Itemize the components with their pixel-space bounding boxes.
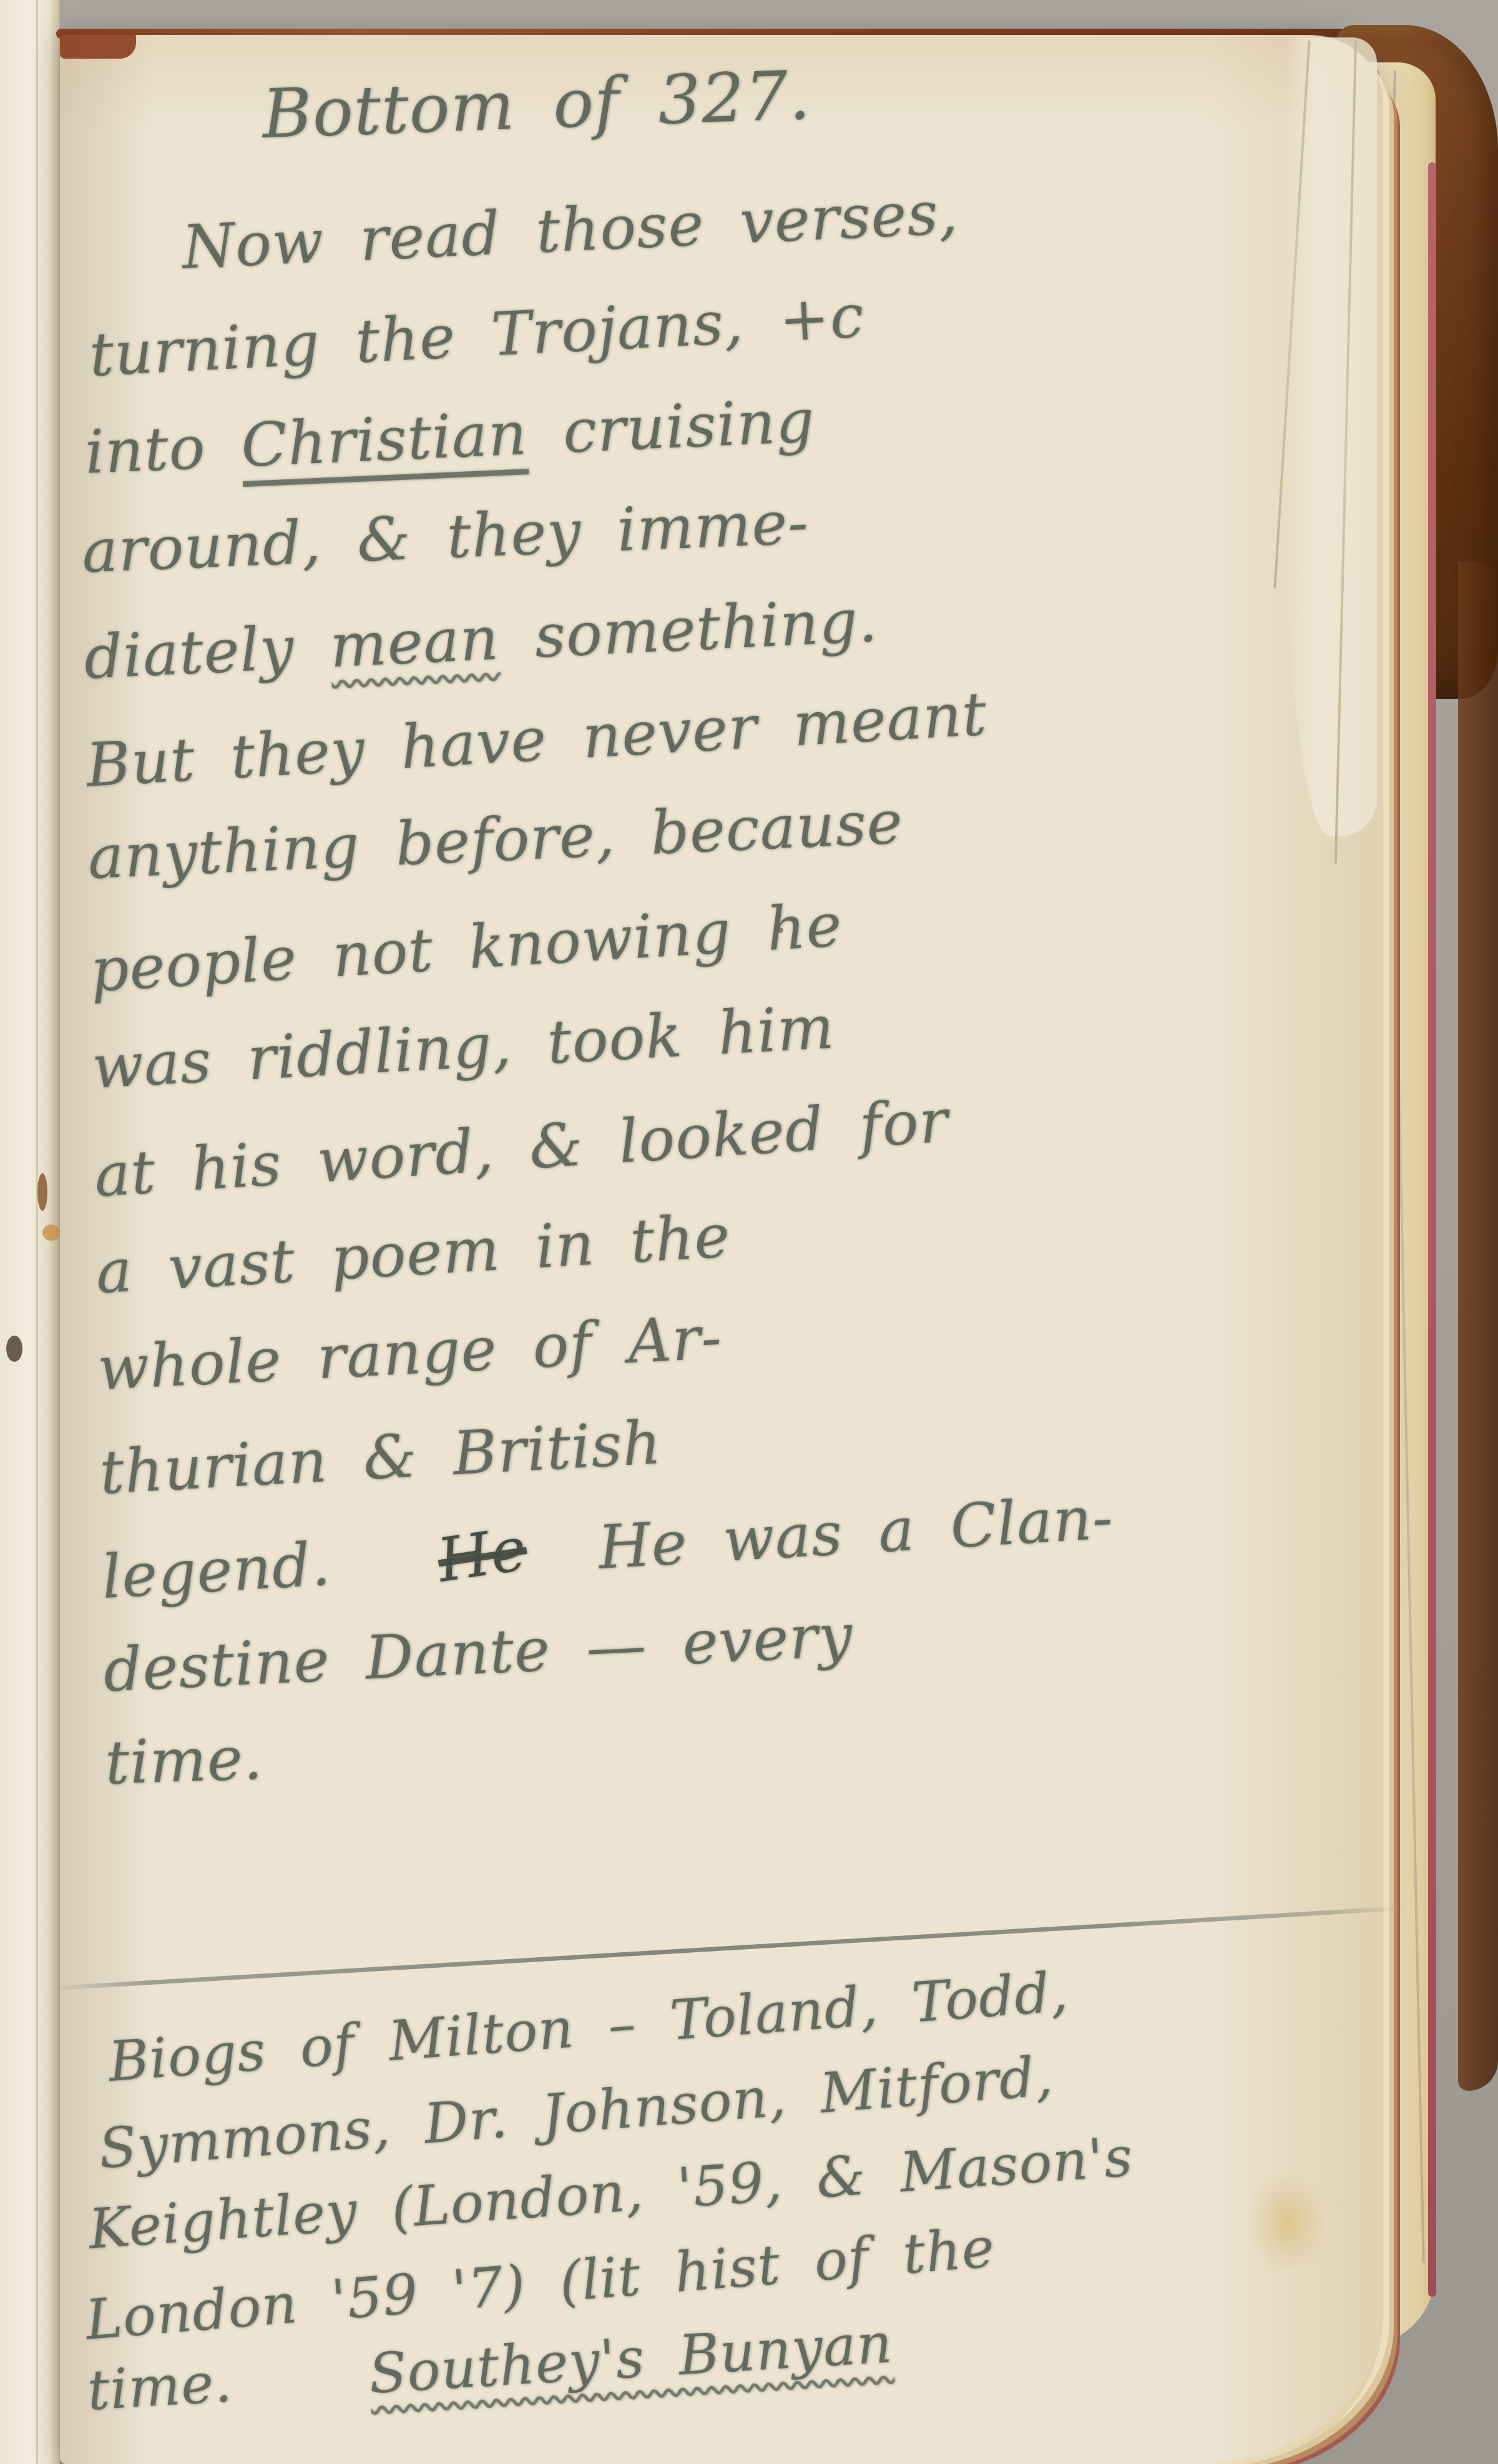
handwriting-segment: anything before, because [86, 788, 904, 893]
gutter-crease [36, 0, 38, 2464]
book-cover-side-edge [1458, 562, 1498, 2091]
notebook-scan: Bottom of 327. Now read those verses,tur… [0, 0, 1498, 2464]
handwriting-segment: destine Dante — every [102, 1601, 854, 1706]
handwriting-segment: He [432, 1507, 532, 1603]
handwriting-segment: thurian & British [98, 1407, 663, 1508]
cover-glimpse-top-left [60, 31, 136, 59]
handwriting-segment: something. [497, 585, 879, 673]
handwriting-segment: diately [82, 611, 331, 692]
handwritten-note-block: Now read those verses,turning the Trojan… [75, 167, 1404, 1814]
handwriting-segment: time. [104, 1723, 264, 1798]
handwriting-segment: turning the Trojans, +c [88, 281, 866, 391]
handwriting-segment: people not knowing he [88, 889, 844, 1005]
handwriting-segment: Now read those verses, [181, 177, 960, 282]
handwriting-segment: into [84, 411, 243, 487]
red-page-edge [1428, 162, 1436, 2297]
handwriting-segment: around, & they imme- [81, 487, 810, 587]
handwriting-segment: legend. [100, 1523, 440, 1613]
orange-stain [42, 1225, 60, 1241]
handwriting-segment: was riddling, took him [91, 992, 836, 1102]
handwriting-segment: cruising [526, 386, 816, 468]
handwriting-segment: time. [86, 2342, 371, 2423]
handwriting-segment: a vast poem in the [94, 1201, 732, 1307]
brown-stain [37, 1173, 47, 1211]
handwriting-segment: He was a Clan- [525, 1482, 1115, 1587]
notebook-page: Bottom of 327. Now read those verses,tur… [60, 35, 1383, 2464]
handwriting-segment: mean [328, 603, 501, 681]
dark-speck [6, 1336, 22, 1362]
handwriting-segment: Christian [240, 398, 529, 481]
handwritten-biblio-block: Biogs of Milton – Toland, Todd,Symmons, … [69, 1958, 1404, 2420]
handwriting-segment: whole range of Ar- [96, 1303, 723, 1404]
